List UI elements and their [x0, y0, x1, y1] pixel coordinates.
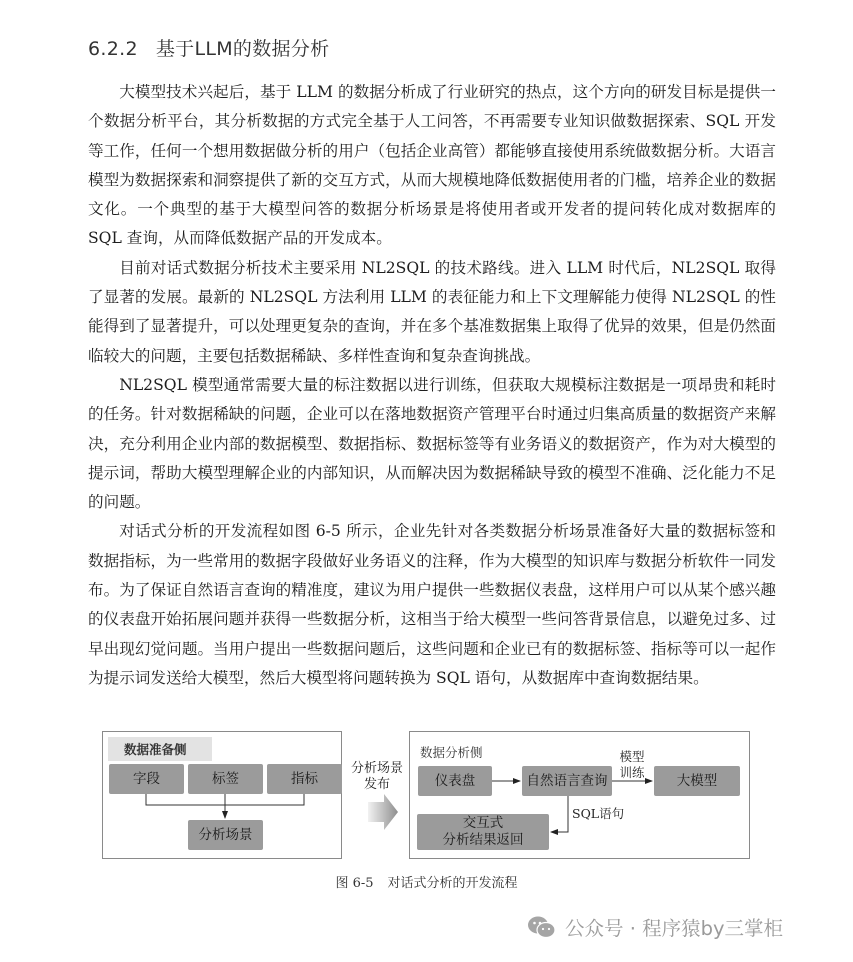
wechat-icon	[527, 915, 557, 939]
figure-6-5: 数据准备侧 字段 标签 指标 分析场景 分析场景 发布 数据分析侧 仪表盘 自然…	[0, 0, 853, 962]
watermark: 公众号 · 程序猿by三掌柜	[527, 913, 783, 941]
watermark-text: 公众号 · 程序猿by三掌柜	[565, 913, 783, 941]
figure-caption: 图 6-5对话式分析的开发流程	[0, 872, 853, 891]
figure-number: 图 6-5	[335, 876, 373, 891]
publish-arrow-icon	[368, 794, 398, 830]
connector-lines	[0, 0, 853, 962]
figure-caption-text: 对话式分析的开发流程	[388, 876, 518, 891]
